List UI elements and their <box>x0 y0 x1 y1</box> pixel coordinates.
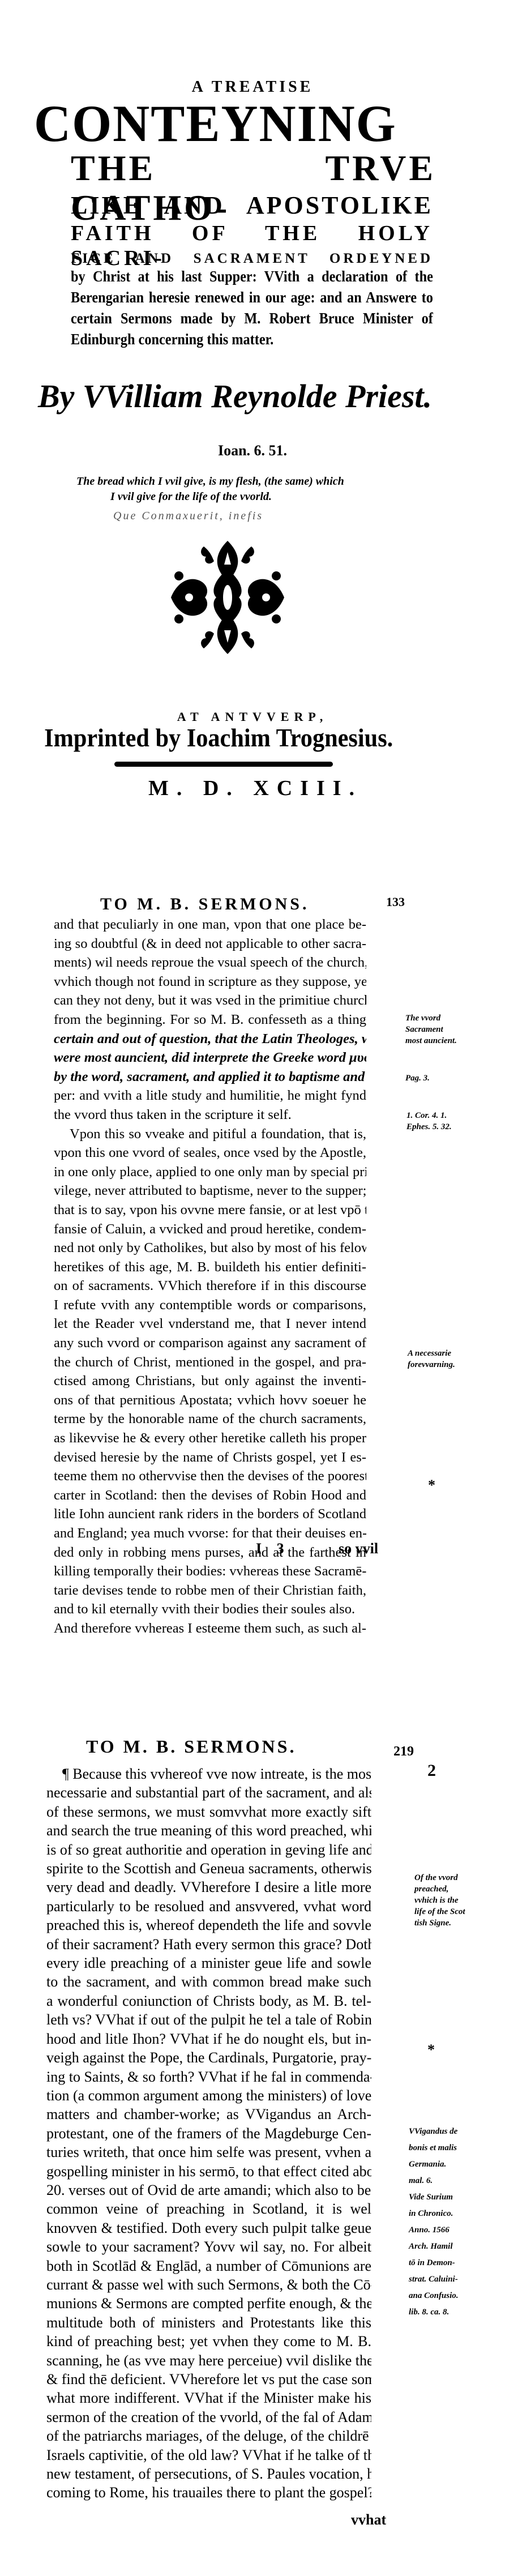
text-line: veigh against the Pope, the Cardinals, P… <box>46 2048 371 2067</box>
text-line: ments) wil needs reproue the vsual speec… <box>54 953 366 972</box>
text-line-italic: certain and out of question, that the La… <box>54 1029 366 1049</box>
catchword: so vvil <box>339 1540 378 1557</box>
margin-note-bible-refs: 1. Cor. 4. 1. Ephes. 5. 32. <box>406 1110 452 1133</box>
text-line: teeme them no othervvise then the devise… <box>54 1467 366 1486</box>
text-line: of these sermons, we must somvvhat more … <box>46 1802 371 1821</box>
page-133: TO M. B. SERMONS. 133 and that peculiarl… <box>0 883 505 1580</box>
text-line: as likevvise he & every other heretike c… <box>54 1429 366 1448</box>
handwritten-annotation: Que Conmaxuerit, inefis <box>113 510 263 523</box>
margin-note-word-preached: Of the vvord preached, vvhich is the lif… <box>414 1872 465 1929</box>
text-line: carter in Scotland: then the devises of … <box>54 1486 366 1505</box>
text-line: terme by the honorable name of the churc… <box>54 1409 366 1429</box>
text-line: & find thē deficient. VVherefore let vs … <box>46 2370 371 2389</box>
title-line-conteyning: CONTEYNING <box>34 95 434 152</box>
running-head: TO M. B. SERMONS. <box>100 895 310 914</box>
text-line: ing to Saints, & so forth? VVhat if he f… <box>46 2067 371 2086</box>
text-line: to the sacrament, and with common bread … <box>46 1972 371 1991</box>
text-line: ons of that pernitious Apostata; vvhich … <box>54 1391 366 1410</box>
page-number: 219 <box>393 1744 414 1759</box>
paragraph-start-line: Vpon this so vveake and pitiful a founda… <box>54 1125 366 1144</box>
text-line: heretikes of this age, M. B. buildeth hi… <box>54 1258 366 1277</box>
body-text: ¶ Because this vvhereof vve now intreate… <box>46 1765 371 2502</box>
text-line: on of sacraments. VVhich therefore if in… <box>54 1276 366 1296</box>
text-line: and England; yea much vvorse: for that t… <box>54 1524 366 1543</box>
text-line: And therefore vvhereas I esteeme them su… <box>54 1619 366 1638</box>
quote-line-1: The bread which I vvil give, is my flesh… <box>76 475 344 488</box>
text-line: killing temporally their bodies: vvherea… <box>54 1562 366 1581</box>
text-line: per: and vvith a litle study and humilit… <box>54 1086 366 1105</box>
paragraph-start-line: ¶ Because this vvhereof vve now intreate… <box>46 1765 371 1783</box>
title-line-sacrament: FICE AND SACRAMENT ORDEYNED <box>71 250 433 267</box>
scripture-quote: The bread which I vvil give, is my flesh… <box>76 474 439 505</box>
page-219: TO M. B. SERMONS. 219 2 ¶ Because this v… <box>0 1727 505 2576</box>
text-line: sermon of the creation of the vvorld, of… <box>46 2408 371 2427</box>
text-line: currant & passe wel with such Sermons, &… <box>46 2275 371 2294</box>
text-line: new testament, of persecutions, of S. Pa… <box>46 2464 371 2483</box>
quote-line-2: I vvil give for the life of the vvorld. <box>76 489 439 505</box>
text-line: the vvord thus taken in the scripture it… <box>54 1105 366 1125</box>
text-line: tarie devises tende to robbe men of thei… <box>54 1581 366 1600</box>
text-line: sowle to your sacrament? Yovv wil say, n… <box>46 2237 371 2256</box>
text-line: every idle preaching of a minister geue … <box>46 1954 371 1972</box>
text-line: particularly to be resolued and ansvvere… <box>46 1897 371 1916</box>
margin-number-mark: 2 <box>427 1761 436 1780</box>
text-line: kind of preaching best; yet vvhen they c… <box>46 2332 371 2351</box>
text-line: protestant, one of the framers of the Ma… <box>46 2124 371 2143</box>
title-page: A TREATISE CONTEYNING THE TRVE CATHO- LI… <box>0 0 505 804</box>
text-line: ing so doubtful (& in deed not applicabl… <box>54 934 366 954</box>
text-line: Israels captivitie, of the old law? VVha… <box>46 2446 371 2464</box>
margin-note-page-ref: Pag. 3. <box>405 1073 430 1084</box>
text-line: vvhich though not found in scripture as … <box>54 972 366 992</box>
catchword: vvhat <box>351 2511 386 2528</box>
text-line: hood and litle Ihon? VVhat if he do noug… <box>46 2030 371 2048</box>
imprint-printer: Imprinted by Ioachim Trognesius. <box>31 722 406 754</box>
text-line: both in Scotlād & Englād, a number of Cō… <box>46 2257 371 2275</box>
text-line: turies writeth, that once him selfe was … <box>46 2143 371 2161</box>
title-description: by Christ at his last Supper: VVith a de… <box>71 266 433 350</box>
body-text: and that peculiarly in one man, vpon tha… <box>54 915 366 1638</box>
text-line-italic: by the word, sacrament, and applied it t… <box>54 1067 366 1087</box>
scripture-reference: Ioan. 6. 51. <box>0 442 505 459</box>
text-line: and to kil eternally vvith their bodies … <box>54 1600 366 1619</box>
text-line: devised heresie by the name of Christs g… <box>54 1448 366 1467</box>
horizontal-rule <box>114 762 333 767</box>
text-line: a wonderful coniunction of Christs body,… <box>46 1992 371 2010</box>
text-line: very dead and deadly. VVherefore I desir… <box>46 1878 371 1896</box>
asterisk-mark-icon: * <box>428 1477 435 1494</box>
text-line: what more indifferent. VVhat if the Mini… <box>46 2389 371 2407</box>
text-line: I refute vvith any contemptible words or… <box>54 1296 366 1315</box>
text-line: can they not deny, but it was vsed in th… <box>54 991 366 1010</box>
text-line: preached this is, whereof dependeth the … <box>46 1916 371 1934</box>
author-line: By VVilliam Reynolde Priest. <box>34 377 436 416</box>
text-line: leth vs? VVhat if out of the pulpit he t… <box>46 2010 371 2029</box>
text-line: 20. verses out of Ovid de arte amandi; w… <box>46 2181 371 2199</box>
margin-note-forewarning: A necessarie forevvarning. <box>408 1348 455 1370</box>
text-line: of the patriarchs mariages, of the delug… <box>46 2427 371 2445</box>
title-line-a-treatise: A TREATISE <box>0 78 505 96</box>
text-line: let the Reader vvel vnderstand me, that … <box>54 1314 366 1334</box>
text-line: common veine of preaching in Scotland, i… <box>46 2199 371 2218</box>
text-line: necessarie and substantial part of the s… <box>46 1783 371 1802</box>
text-line: spirite to the Scottish and Geneua sacra… <box>46 1859 371 1878</box>
text-line-italic: were most auncient, did interprete the G… <box>54 1048 366 1067</box>
text-line: fansie of Caluin, a vvicked and proud he… <box>54 1220 366 1239</box>
text-line: ned not only by Catholikes, but also by … <box>54 1238 366 1258</box>
signature-mark: I 3 <box>256 1540 290 1557</box>
text-line: knovven & testified. Doth every such pul… <box>46 2219 371 2237</box>
text-line: matters and chamber-worke; as VVigandus … <box>46 2105 371 2124</box>
text-line: that is to say, vpon his ovvne mere fans… <box>54 1201 366 1220</box>
text-line: coming to Rome, his trauailes there to p… <box>46 2483 371 2502</box>
title-line-apostolike: LIKE AND APOSTOLIKE <box>71 191 433 220</box>
text-line: tion (a common argument among the minist… <box>46 2086 371 2105</box>
fleuron-ornament-icon <box>160 529 296 665</box>
imprint-year: M. D. XCIII. <box>0 776 505 801</box>
text-line: ded only in robbing mens purses, and at … <box>54 1543 366 1562</box>
text-line: the church of Christ, mentioned in the g… <box>54 1353 366 1372</box>
text-line: munions & Sermons are compted perfite en… <box>46 2294 371 2313</box>
margin-note-wigandus-refs: VVigandus de bonis et malis Germania. ma… <box>409 2124 459 2321</box>
text-line: and that peculiarly in one man, vpon tha… <box>54 915 366 934</box>
text-line: scanning, he (as vve may here perceiue) … <box>46 2351 371 2370</box>
page-number: 133 <box>386 895 405 909</box>
text-line: gospelling minister in his sermō, to tha… <box>46 2162 371 2181</box>
margin-note-sacrament-ancient: The vvord Sacrament most auncient. <box>405 1013 457 1046</box>
text-line: of their sacrament? Hath every sermon th… <box>46 1935 371 1954</box>
text-line: any such vvord or comparison against any… <box>54 1334 366 1353</box>
text-line: from the beginning. For so M. B. confess… <box>54 1010 366 1029</box>
text-line: litle Iohn auncient rank riders in the b… <box>54 1505 366 1524</box>
text-line: is of so great authoritie and operation … <box>46 1840 371 1859</box>
running-head: TO M. B. SERMONS. <box>86 1736 296 1757</box>
text-line: vpon this one vvord of seales, once vsed… <box>54 1143 366 1163</box>
text-line: and search the true meaning of this word… <box>46 1821 371 1840</box>
text-line: ctised among Christians, but only agains… <box>54 1372 366 1391</box>
asterisk-mark-icon: * <box>427 2041 435 2058</box>
text-line: in one only place, applied to one only m… <box>54 1163 366 1182</box>
text-line: multitude both of ministers and Protesta… <box>46 2313 371 2332</box>
text-line: vilege, never attributed to baptisme, ne… <box>54 1181 366 1201</box>
